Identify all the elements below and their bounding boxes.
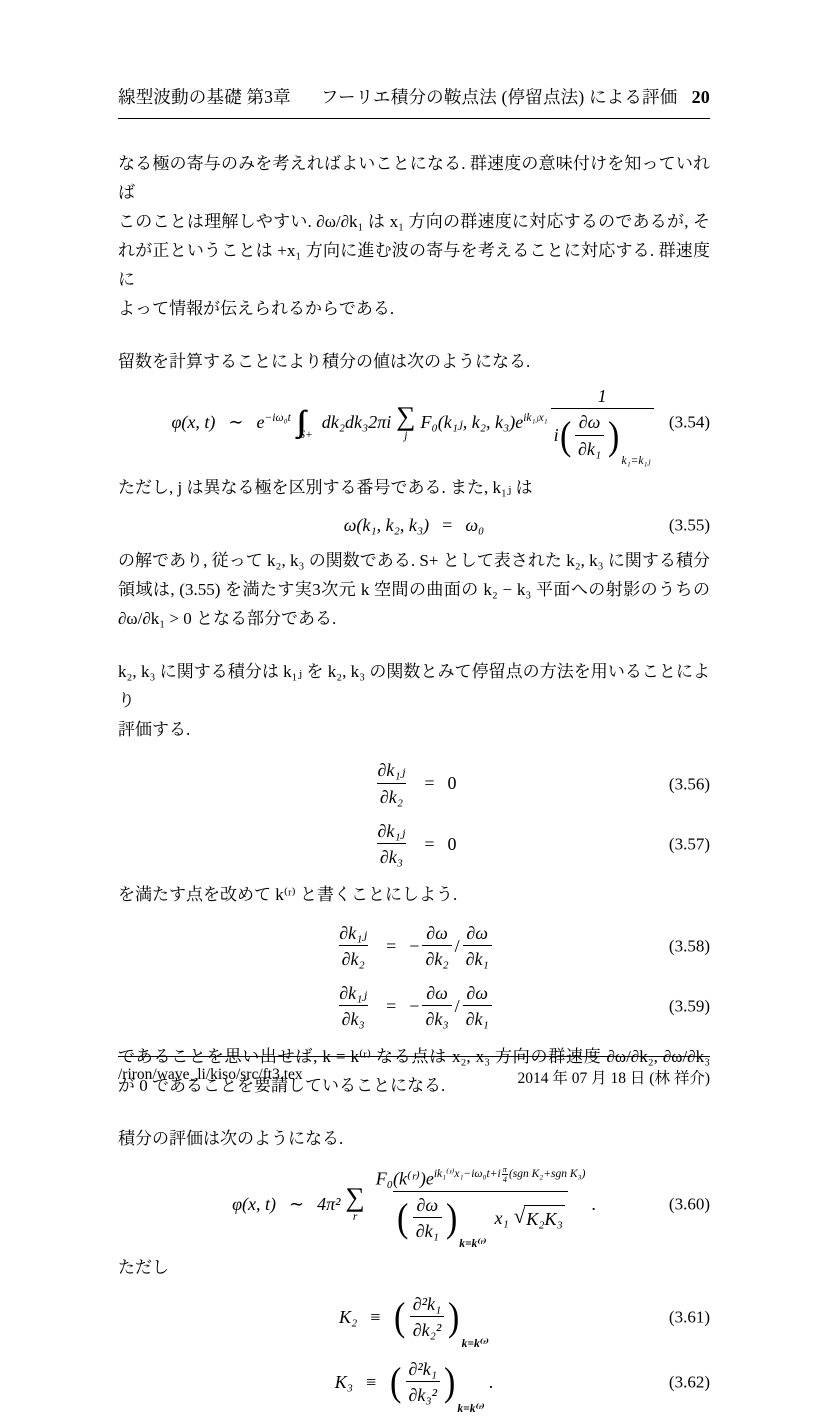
period: . (591, 1193, 596, 1216)
slash-divider: / (455, 995, 460, 1018)
paragraph-group-velocity: なる極の寄与のみを考えればよいことになる. 群速度の意味付けを知っていれば この… (118, 149, 710, 323)
text-line: 積分の評価は次のようになる. (118, 1124, 710, 1153)
derivative-fraction: ∂ω ∂k₁ (463, 921, 492, 972)
partial-derivative-fraction: ∂k₁ⱼ ∂k₂ (336, 921, 370, 972)
math-lhs: K₃ (335, 1371, 353, 1394)
fraction-denominator: ∂k₂² (410, 1316, 445, 1342)
fraction-numerator: ∂ω (423, 981, 451, 1005)
fraction-numerator: F₀(k⁽ʳ⁾)eik₁⁽ʳ⁾x₁−iω₀t+iπ4(sgn K₂+sgn K₃… (373, 1165, 589, 1191)
math-lhs: φ(x, t) (171, 411, 215, 434)
sum-glyph: ∑ (346, 1184, 365, 1211)
partial-derivative-fraction: ∂k₁ⱼ ∂k₃ (374, 819, 408, 870)
fraction-numerator: ∂k₁ⱼ (374, 819, 408, 843)
parenthesized-derivative: ( ∂ω ∂k₁ ) k₁=k₁ⱼ (559, 410, 651, 461)
math-token: ik₁⁽ʳ⁾x₁−iω₀t+i (434, 1168, 501, 1180)
equals-relation: = (386, 935, 396, 958)
fraction-denominator: 4 (502, 1174, 508, 1184)
fraction-denominator: ∂k₁ (463, 1005, 492, 1031)
header-book-title: 線型波動の基礎 第3章 (118, 84, 291, 109)
integral-subscript: S+ (299, 429, 313, 441)
integration-measure: dk₂dk₃2πi (322, 411, 392, 434)
partial-derivative-fraction: ∂k₁ⱼ ∂k₃ (336, 981, 370, 1032)
main-fraction: 1 i ( ∂ω ∂k₁ ) k₁=k₁ⱼ (551, 384, 654, 461)
fraction-denominator: ∂k₃² (406, 1381, 441, 1407)
evaluation-subscript: k=k⁽ʳ⁾ (457, 1402, 484, 1416)
equation-number: (3.57) (669, 834, 710, 855)
derivative-fraction: ∂ω ∂k₃ (422, 981, 451, 1032)
parenthesized-derivative: ( ∂²k₁ ∂k₂² ) k=k⁽ʳ⁾ (393, 1292, 489, 1343)
fraction-denominator: ∂k₁ (463, 945, 492, 971)
fraction-numerator: ∂ω (463, 981, 491, 1005)
pi-over-4-fraction: π4 (502, 1165, 508, 1185)
equiv-relation: ≡ (366, 1371, 376, 1394)
fraction-denominator: ∂k₁ (413, 1217, 442, 1243)
footer-date: 2014 年 07 月 18 日 (林 祥介) (518, 1066, 710, 1088)
equals-relation: = (424, 833, 434, 856)
equation-3-59: ∂k₁ⱼ ∂k₃ = − ∂ω ∂k₃ / ∂ω ∂k₁ (3.59) (118, 981, 710, 1032)
derivative-fraction: ∂ω ∂k₁ (463, 981, 492, 1032)
math-superscript: ik₁ⱼx₁ (523, 412, 547, 424)
equation-3-57: ∂k₁ⱼ ∂k₃ = 0 (3.57) (118, 819, 710, 870)
text-line: ただし, j は異なる極を区別する番号である. また, k₁ⱼ は (118, 473, 710, 502)
equiv-relation: ≡ (370, 1306, 380, 1329)
fraction-numerator: ∂²k₁ (410, 1292, 445, 1316)
fraction-numerator: π (503, 1165, 507, 1174)
fraction-denominator: ∂k₃ (377, 843, 406, 869)
fraction-denominator: ∂k₃ (339, 1005, 368, 1031)
parenthesized-derivative: ( ∂ω ∂k₁ ) k=k⁽ʳ⁾ (396, 1193, 486, 1244)
fraction-numerator: 1 (595, 384, 610, 408)
equation-number: (3.60) (669, 1193, 710, 1214)
fraction-denominator: ∂k₂ (422, 945, 451, 971)
fraction-numerator: ∂ω (423, 921, 451, 945)
fraction-numerator: ∂ω (413, 1193, 441, 1217)
evaluation-subscript: k₁=k₁ⱼ (622, 454, 651, 470)
equation-number: (3.59) (669, 996, 710, 1017)
sum-glyph: ∑ (396, 403, 415, 430)
math-lhs: ω(k₁, k₂, k₃) (344, 514, 429, 537)
paragraph-pole-index: ただし, j は異なる極を区別する番号である. また, k₁ⱼ は (118, 473, 710, 502)
main-fraction: F₀(k⁽ʳ⁾)eik₁⁽ʳ⁾x₁−iω₀t+iπ4(sgn K₂+sgn K₃… (373, 1165, 589, 1243)
equation-number: (3.61) (669, 1307, 710, 1328)
math-superscript: −iω₀t (265, 412, 291, 424)
evaluation-subscript: k=k⁽ʳ⁾ (462, 1337, 489, 1351)
summation-sign: ∑ r (346, 1184, 365, 1224)
fraction-denominator: ∂k₁ (575, 435, 604, 461)
minus-sign: − (409, 995, 419, 1018)
equation-3-61: K₂ ≡ ( ∂²k₁ ∂k₂² ) k=k⁽ʳ⁾ (3.61) (118, 1292, 710, 1343)
parenthesized-derivative: ( ∂²k₁ ∂k₃² ) k=k⁽ʳ⁾ (389, 1357, 485, 1408)
paragraph-residue-intro: 留数を計算することにより積分の値は次のようになる. (118, 347, 710, 376)
equation-3-62: K₃ ≡ ( ∂²k₁ ∂k₃² ) k=k⁽ʳ⁾ . (3.62) (118, 1357, 710, 1408)
second-derivative-fraction: ∂²k₁ ∂k₃² (406, 1357, 441, 1408)
equation-number: (3.54) (669, 412, 710, 433)
equation-3-56: ∂k₁ⱼ ∂k₂ = 0 (3.56) (118, 758, 710, 809)
phase-exponent: ik₁⁽ʳ⁾x₁−iω₀t+iπ4(sgn K₂+sgn K₃) (434, 1168, 586, 1180)
page-content: 線型波動の基礎 第3章 フーリエ積分の鞍点法 (停留点法) による評価 20 な… (118, 84, 710, 1407)
math-rhs: 0 (448, 833, 457, 856)
equation-number: (3.62) (669, 1371, 710, 1392)
header-page-number: 20 (692, 87, 710, 108)
paragraph-stationary-method: k₂, k₃ に関する積分は k₁ⱼ を k₂, k₃ の関数とみて停留点の方法… (118, 657, 710, 744)
partial-derivative-fraction: ∂k₁ⱼ ∂k₂ (374, 758, 408, 809)
equals-relation: = (424, 772, 434, 795)
paragraph-integration-domain: の解であり, 従って k₂, k₃ の関数である. S+ として表された k₂,… (118, 546, 710, 633)
sum-index: r (353, 1212, 357, 1224)
evaluation-subscript: k=k⁽ʳ⁾ (459, 1237, 486, 1253)
math-token: F₀(k₁ⱼ, k₂, k₃)e (421, 412, 524, 432)
fraction-numerator: ∂k₁ⱼ (336, 921, 370, 945)
fraction-denominator: i ( ∂ω ∂k₁ ) k₁=k₁ⱼ (551, 408, 654, 461)
math-token: x₁ (495, 1206, 509, 1230)
sim-relation: ∼ (289, 1193, 304, 1216)
header-chapter-title: フーリエ積分の鞍点法 (停留点法) による評価 (321, 84, 678, 109)
fraction-numerator: ∂²k₁ (406, 1357, 441, 1381)
slash-divider: / (455, 935, 460, 958)
coefficient: 4π² (317, 1193, 340, 1216)
fraction-numerator: ∂k₁ⱼ (374, 758, 408, 782)
paragraph-evaluation-intro: 積分の評価は次のようになる. (118, 1124, 710, 1153)
page-footer: /riron/wave_li/kiso/src/ft3.tex 2014 年 0… (118, 1056, 710, 1088)
paragraph-rename-point: を満たす点を改めて k⁽ʳ⁾ と書くことにしよう. (118, 880, 710, 909)
period: . (489, 1371, 494, 1394)
text-line: このことは理解しやすい. ∂ω/∂k₁ は x₁ 方向の群速度に対応するのである… (118, 207, 710, 236)
text-line: なる極の寄与のみを考えればよいことになる. 群速度の意味付けを知っていれば (118, 149, 710, 207)
partial-derivative-fraction: ∂ω ∂k₁ (413, 1193, 442, 1244)
partial-derivative-fraction: ∂ω ∂k₁ (575, 410, 604, 461)
radicand: K₂K₃ (524, 1205, 565, 1231)
text-line: よって情報が伝えられるからである. (118, 294, 710, 323)
amplitude-factor: F₀(k₁ⱼ, k₂, k₃)eik₁ⱼx₁ (421, 411, 548, 434)
text-line: ∂ω/∂k₁ > 0 となる部分である. (118, 604, 710, 633)
text-line: k₂, k₃ に関する積分は k₁ⱼ を k₂, k₃ の関数とみて停留点の方法… (118, 657, 710, 715)
text-line: 領域は, (3.55) を満たす実3次元 k 空間の曲面の k₂ − k₃ 平面… (118, 575, 710, 604)
math-lhs: K₂ (339, 1306, 357, 1329)
fraction-numerator: ∂ω (463, 921, 491, 945)
fraction-denominator: ( ∂ω ∂k₁ ) k=k⁽ʳ⁾ x₁ √ K₂K₃ (393, 1191, 567, 1244)
summation-sign: ∑ j (396, 403, 415, 443)
equation-number: (3.56) (669, 773, 710, 794)
math-token: (sgn K₂+sgn K₃) (509, 1168, 585, 1180)
text-line: を満たす点を改めて k⁽ʳ⁾ と書くことにしよう. (118, 880, 710, 909)
double-integral-sign: ∫∫S+ (297, 403, 320, 442)
text-line: 留数を計算することにより積分の値は次のようになる. (118, 347, 710, 376)
fraction-numerator: ∂k₁ⱼ (336, 981, 370, 1005)
math-lhs: φ(x, t) (232, 1193, 276, 1216)
fraction-denominator: ∂k₃ (422, 1005, 451, 1031)
equals-relation: = (386, 995, 396, 1018)
fraction-numerator: ∂ω (576, 410, 604, 434)
square-root: √ K₂K₃ (514, 1205, 565, 1231)
running-header: 線型波動の基礎 第3章 フーリエ積分の鞍点法 (停留点法) による評価 20 (118, 84, 710, 119)
exponential-term: e−iω₀t (257, 411, 291, 434)
equation-3-55: ω(k₁, k₂, k₃) = ω₀ (3.55) (118, 514, 710, 537)
sim-relation: ∼ (228, 411, 243, 434)
text-line: れが正ということは +x₁ 方向に進む波の寄与を考えることに対応する. 群速度に (118, 236, 710, 294)
equation-3-58: ∂k₁ⱼ ∂k₂ = − ∂ω ∂k₂ / ∂ω ∂k₁ (3.58) (118, 921, 710, 972)
second-derivative-fraction: ∂²k₁ ∂k₂² (410, 1292, 445, 1343)
equation-3-54: φ(x, t) ∼ e−iω₀t ∫∫S+ dk₂dk₃2πi ∑ j F₀(k… (118, 384, 710, 461)
document-page: { "header": { "book_title": "線型波動の基礎 第3章… (0, 0, 826, 1169)
footer-source-path: /riron/wave_li/kiso/src/ft3.tex (118, 1066, 303, 1088)
math-token: F₀(k⁽ʳ⁾)e (376, 1168, 434, 1188)
text-line: ただし (118, 1253, 710, 1282)
equation-3-60: φ(x, t) ∼ 4π² ∑ r F₀(k⁽ʳ⁾)eik₁⁽ʳ⁾x₁−iω₀t… (118, 1165, 710, 1243)
math-rhs: ω₀ (465, 514, 484, 537)
equation-number: (3.55) (669, 515, 710, 536)
fraction-denominator: ∂k₂ (339, 945, 368, 971)
paragraph-tadashi: ただし (118, 1253, 710, 1282)
equals-relation: = (442, 514, 452, 537)
text-line: 評価する. (118, 715, 710, 744)
math-token: e (257, 412, 265, 432)
equation-number: (3.58) (669, 935, 710, 956)
minus-sign: − (409, 935, 419, 958)
text-line: の解であり, 従って k₂, k₃ の関数である. S+ として表された k₂,… (118, 546, 710, 575)
math-rhs: 0 (448, 772, 457, 795)
derivative-fraction: ∂ω ∂k₂ (422, 921, 451, 972)
fraction-denominator: ∂k₂ (377, 783, 406, 809)
sum-index: j (404, 431, 407, 443)
